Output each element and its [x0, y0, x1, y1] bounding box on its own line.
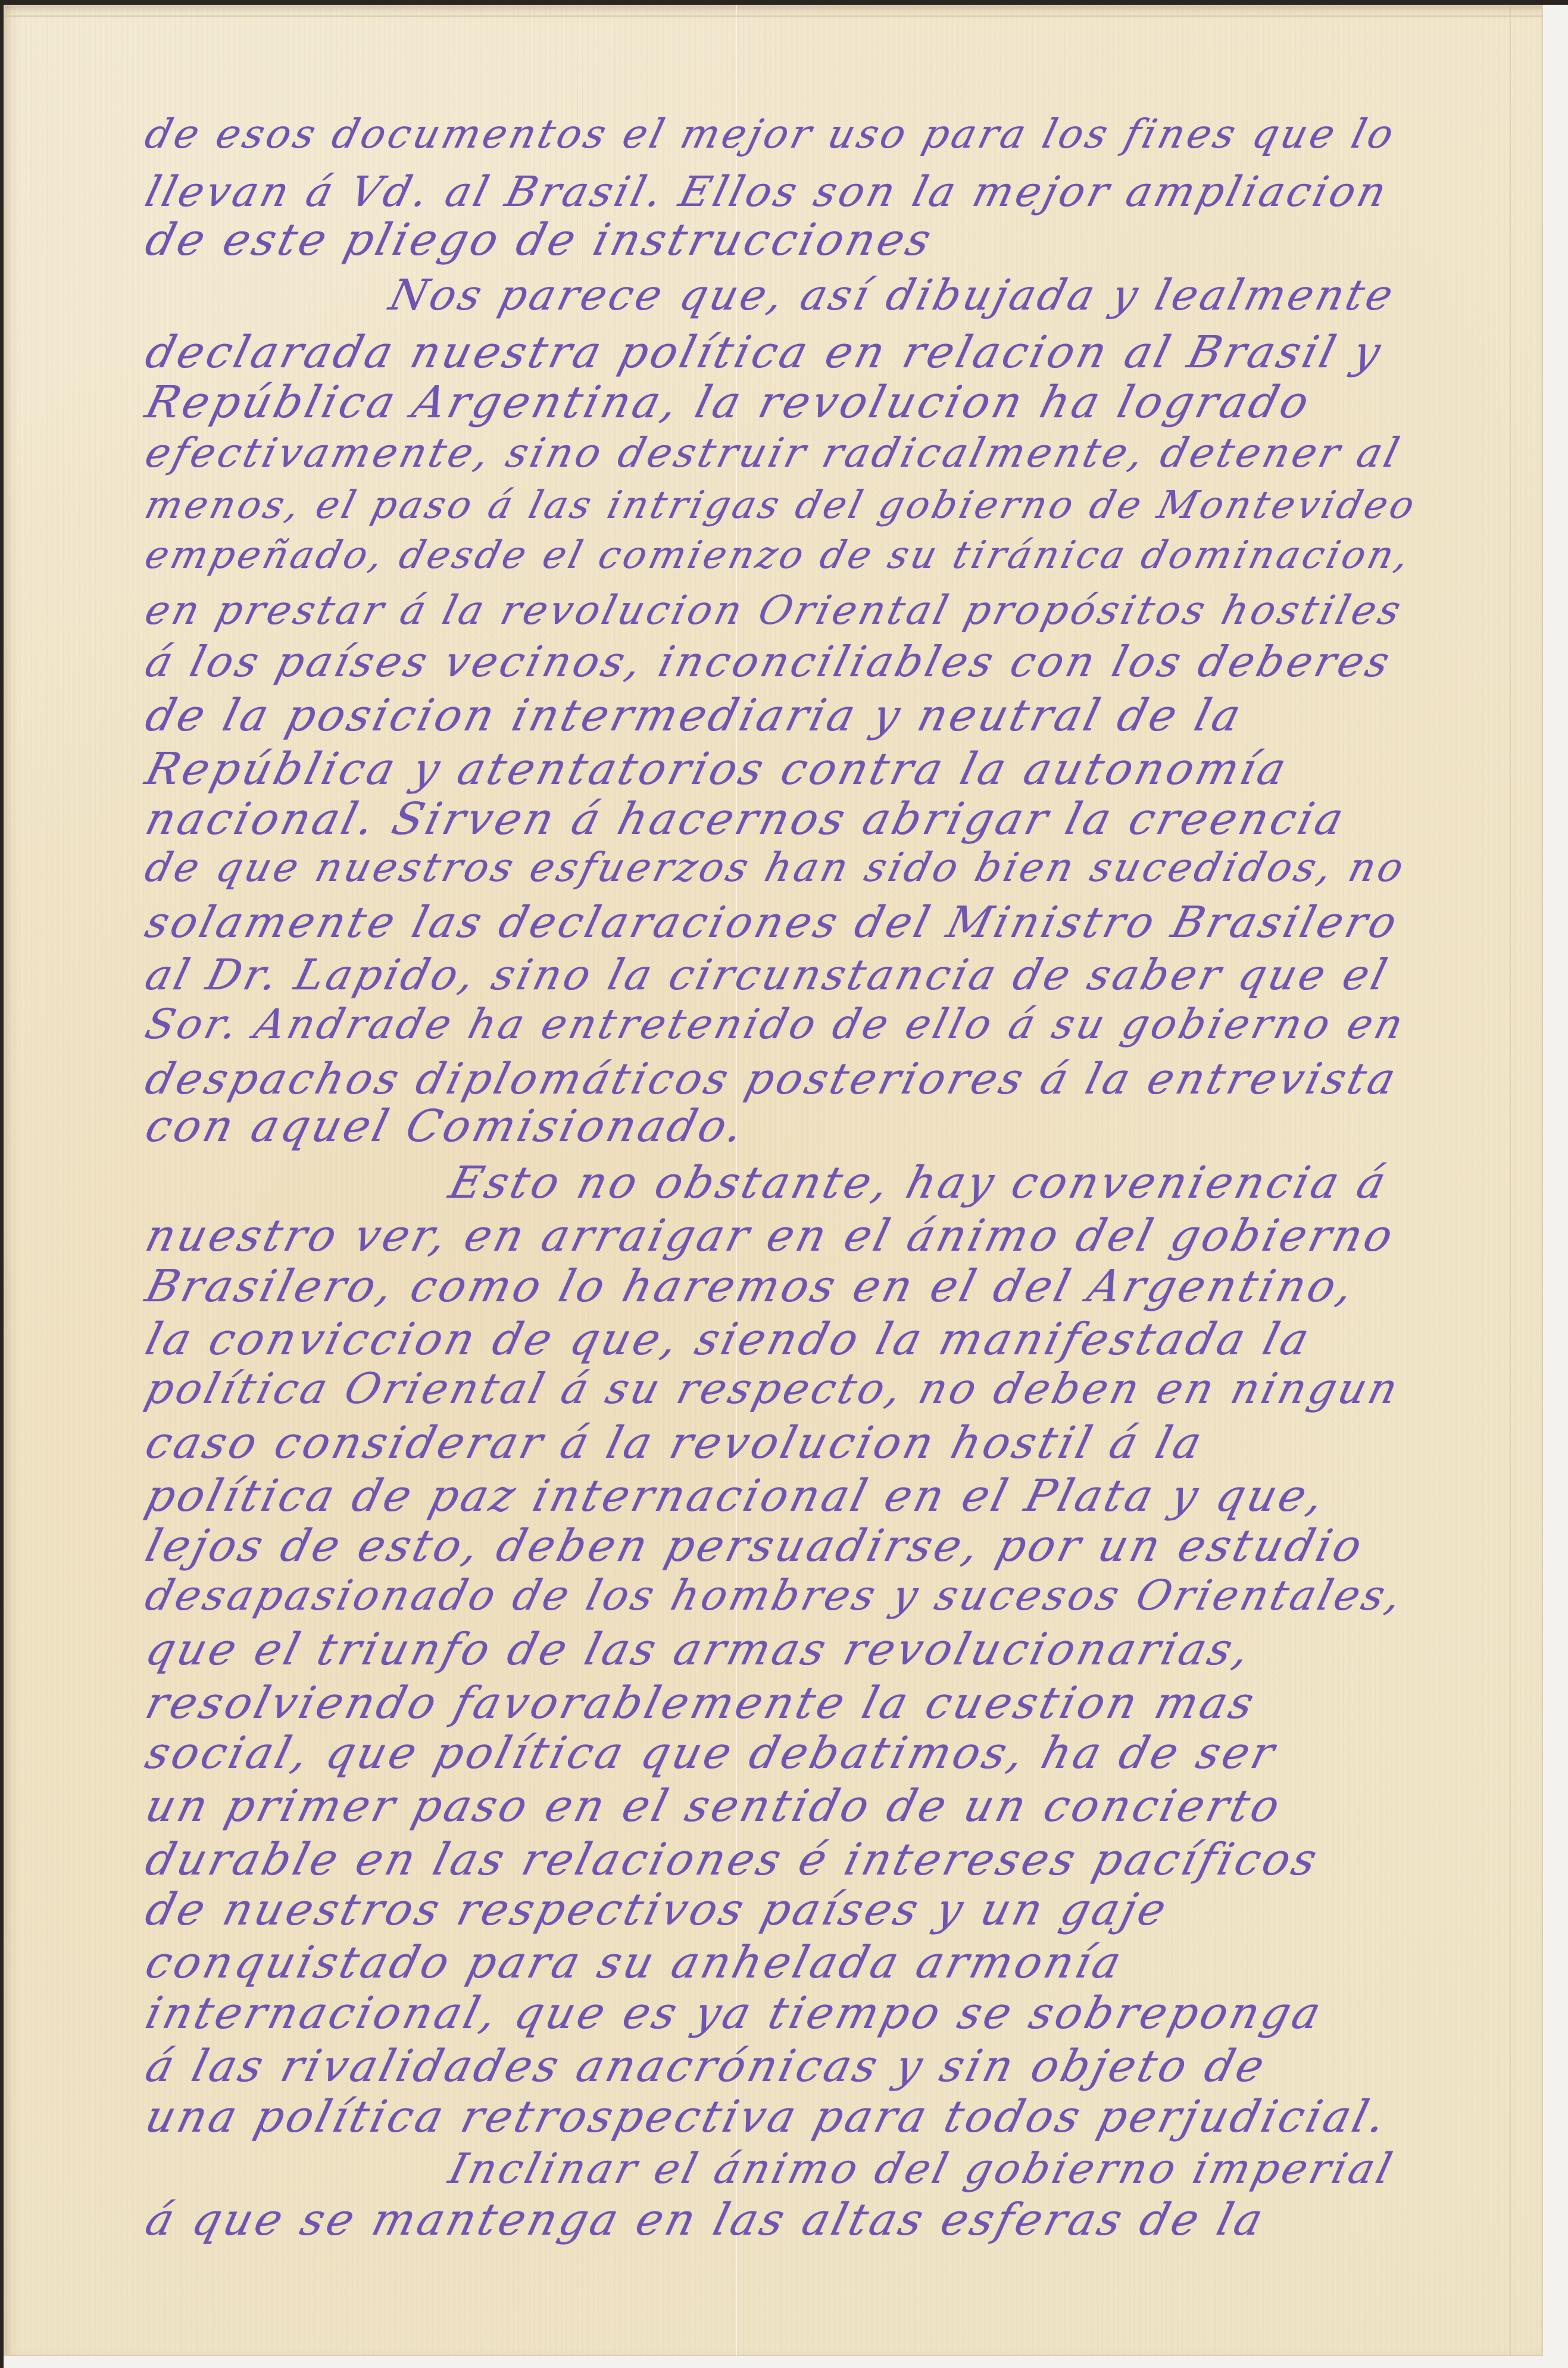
manuscript-line: que el triunfo de las armas revolucionar…: [140, 1624, 1258, 1675]
manuscript-line: internacional, que es ya tiempo se sobre…: [140, 1988, 1329, 2039]
manuscript-line: de este pliego de instrucciones: [140, 214, 939, 265]
manuscript-line: llevan á Vd. al Brasil. Ellos son la mej…: [140, 167, 1394, 216]
manuscript-line: menos, el paso á las intrigas del gobier…: [140, 483, 1422, 527]
manuscript-line: una política retrospectiva para todos pe…: [140, 2091, 1394, 2142]
manuscript-line: á que se mantenga en las altas esferas d…: [140, 2194, 1271, 2245]
manuscript-line: Sor. Andrade ha entretenido de ello á su…: [140, 1001, 1411, 1048]
manuscript-line: la conviccion de que, siendo la manifest…: [140, 1314, 1317, 1365]
manuscript-line: á las rivalidades anacrónicas y sin obje…: [140, 2041, 1272, 2092]
manuscript-line: de que nuestros esfuerzos han sido bien …: [140, 844, 1411, 891]
manuscript-line: lejos de esto, deben persuadirse, por un…: [140, 1520, 1370, 1572]
manuscript-line: de esos documentos el mejor uso para los…: [140, 111, 1401, 157]
manuscript-line: efectivamente, sino destruir radicalment…: [140, 430, 1407, 477]
manuscript-line: Brasilero, como lo haremos en el del Arg…: [140, 1261, 1361, 1312]
manuscript-line: conquistado para su anhelada armonía: [140, 1937, 1129, 1988]
manuscript-line: en prestar á la revolucion Oriental prop…: [140, 587, 1408, 633]
manuscript-line: de nuestros respectivos países y un gaje: [140, 1884, 1174, 1935]
manuscript-line: nuestro ver, en arraigar en el ánimo del…: [140, 1210, 1401, 1261]
manuscript-line: Esto no obstante, hay conveniencia á: [444, 1157, 1394, 1208]
manuscript-line: política de paz internacional en el Plat…: [140, 1470, 1332, 1522]
manuscript-line: social, que política que debatimos, ha d…: [140, 1727, 1282, 1779]
manuscript-line: resolviendo favorablemente la cuestion m…: [140, 1677, 1262, 1729]
manuscript-line: empeñado, desde el comienzo de su tiráni…: [140, 533, 1416, 577]
manuscript-line: durable en las relaciones é intereses pa…: [140, 1834, 1325, 1885]
manuscript-line: á los países vecinos, inconciliables con…: [140, 637, 1397, 686]
manuscript-line: política Oriental á su respecto, no debe…: [140, 1364, 1405, 1413]
manuscript-line: despachos diplomáticos posteriores á la …: [140, 1054, 1403, 1104]
manuscript-line: al Dr. Lapido, sino la circunstancia de …: [140, 950, 1395, 999]
scan-border-top: [0, 0, 1568, 5]
manuscript-line: desapasionado de los hombres y sucesos O…: [140, 1571, 1409, 1620]
manuscript-line: Nos parece que, así dibujada y lealmente: [385, 270, 1401, 320]
manuscript-line: Inclinar el ánimo del gobierno imperial: [444, 2144, 1400, 2193]
manuscript-page: de esos documentos el mejor uso para los…: [4, 5, 1543, 2356]
manuscript-line: solamente las declaraciones del Ministro…: [140, 897, 1404, 947]
manuscript-line: de la posicion intermediaria y neutral d…: [140, 690, 1248, 741]
manuscript-line: declarada nuestra política en relacion a…: [140, 327, 1389, 378]
manuscript-line: un primer paso en el sentido de un conci…: [140, 1780, 1288, 1832]
manuscript-line: con aquel Comisionado.: [140, 1101, 751, 1152]
manuscript-line: nacional. Sirven á hacernos abrigar la c…: [140, 794, 1351, 845]
manuscript-line: caso considerar á la revolucion hostil á…: [140, 1417, 1210, 1469]
handwritten-text-block: de esos documentos el mejor uso para los…: [4, 5, 1543, 2356]
manuscript-line: República Argentina, la revolucion ha lo…: [140, 377, 1317, 428]
manuscript-line: República y atentatorios contra la auton…: [140, 743, 1294, 795]
